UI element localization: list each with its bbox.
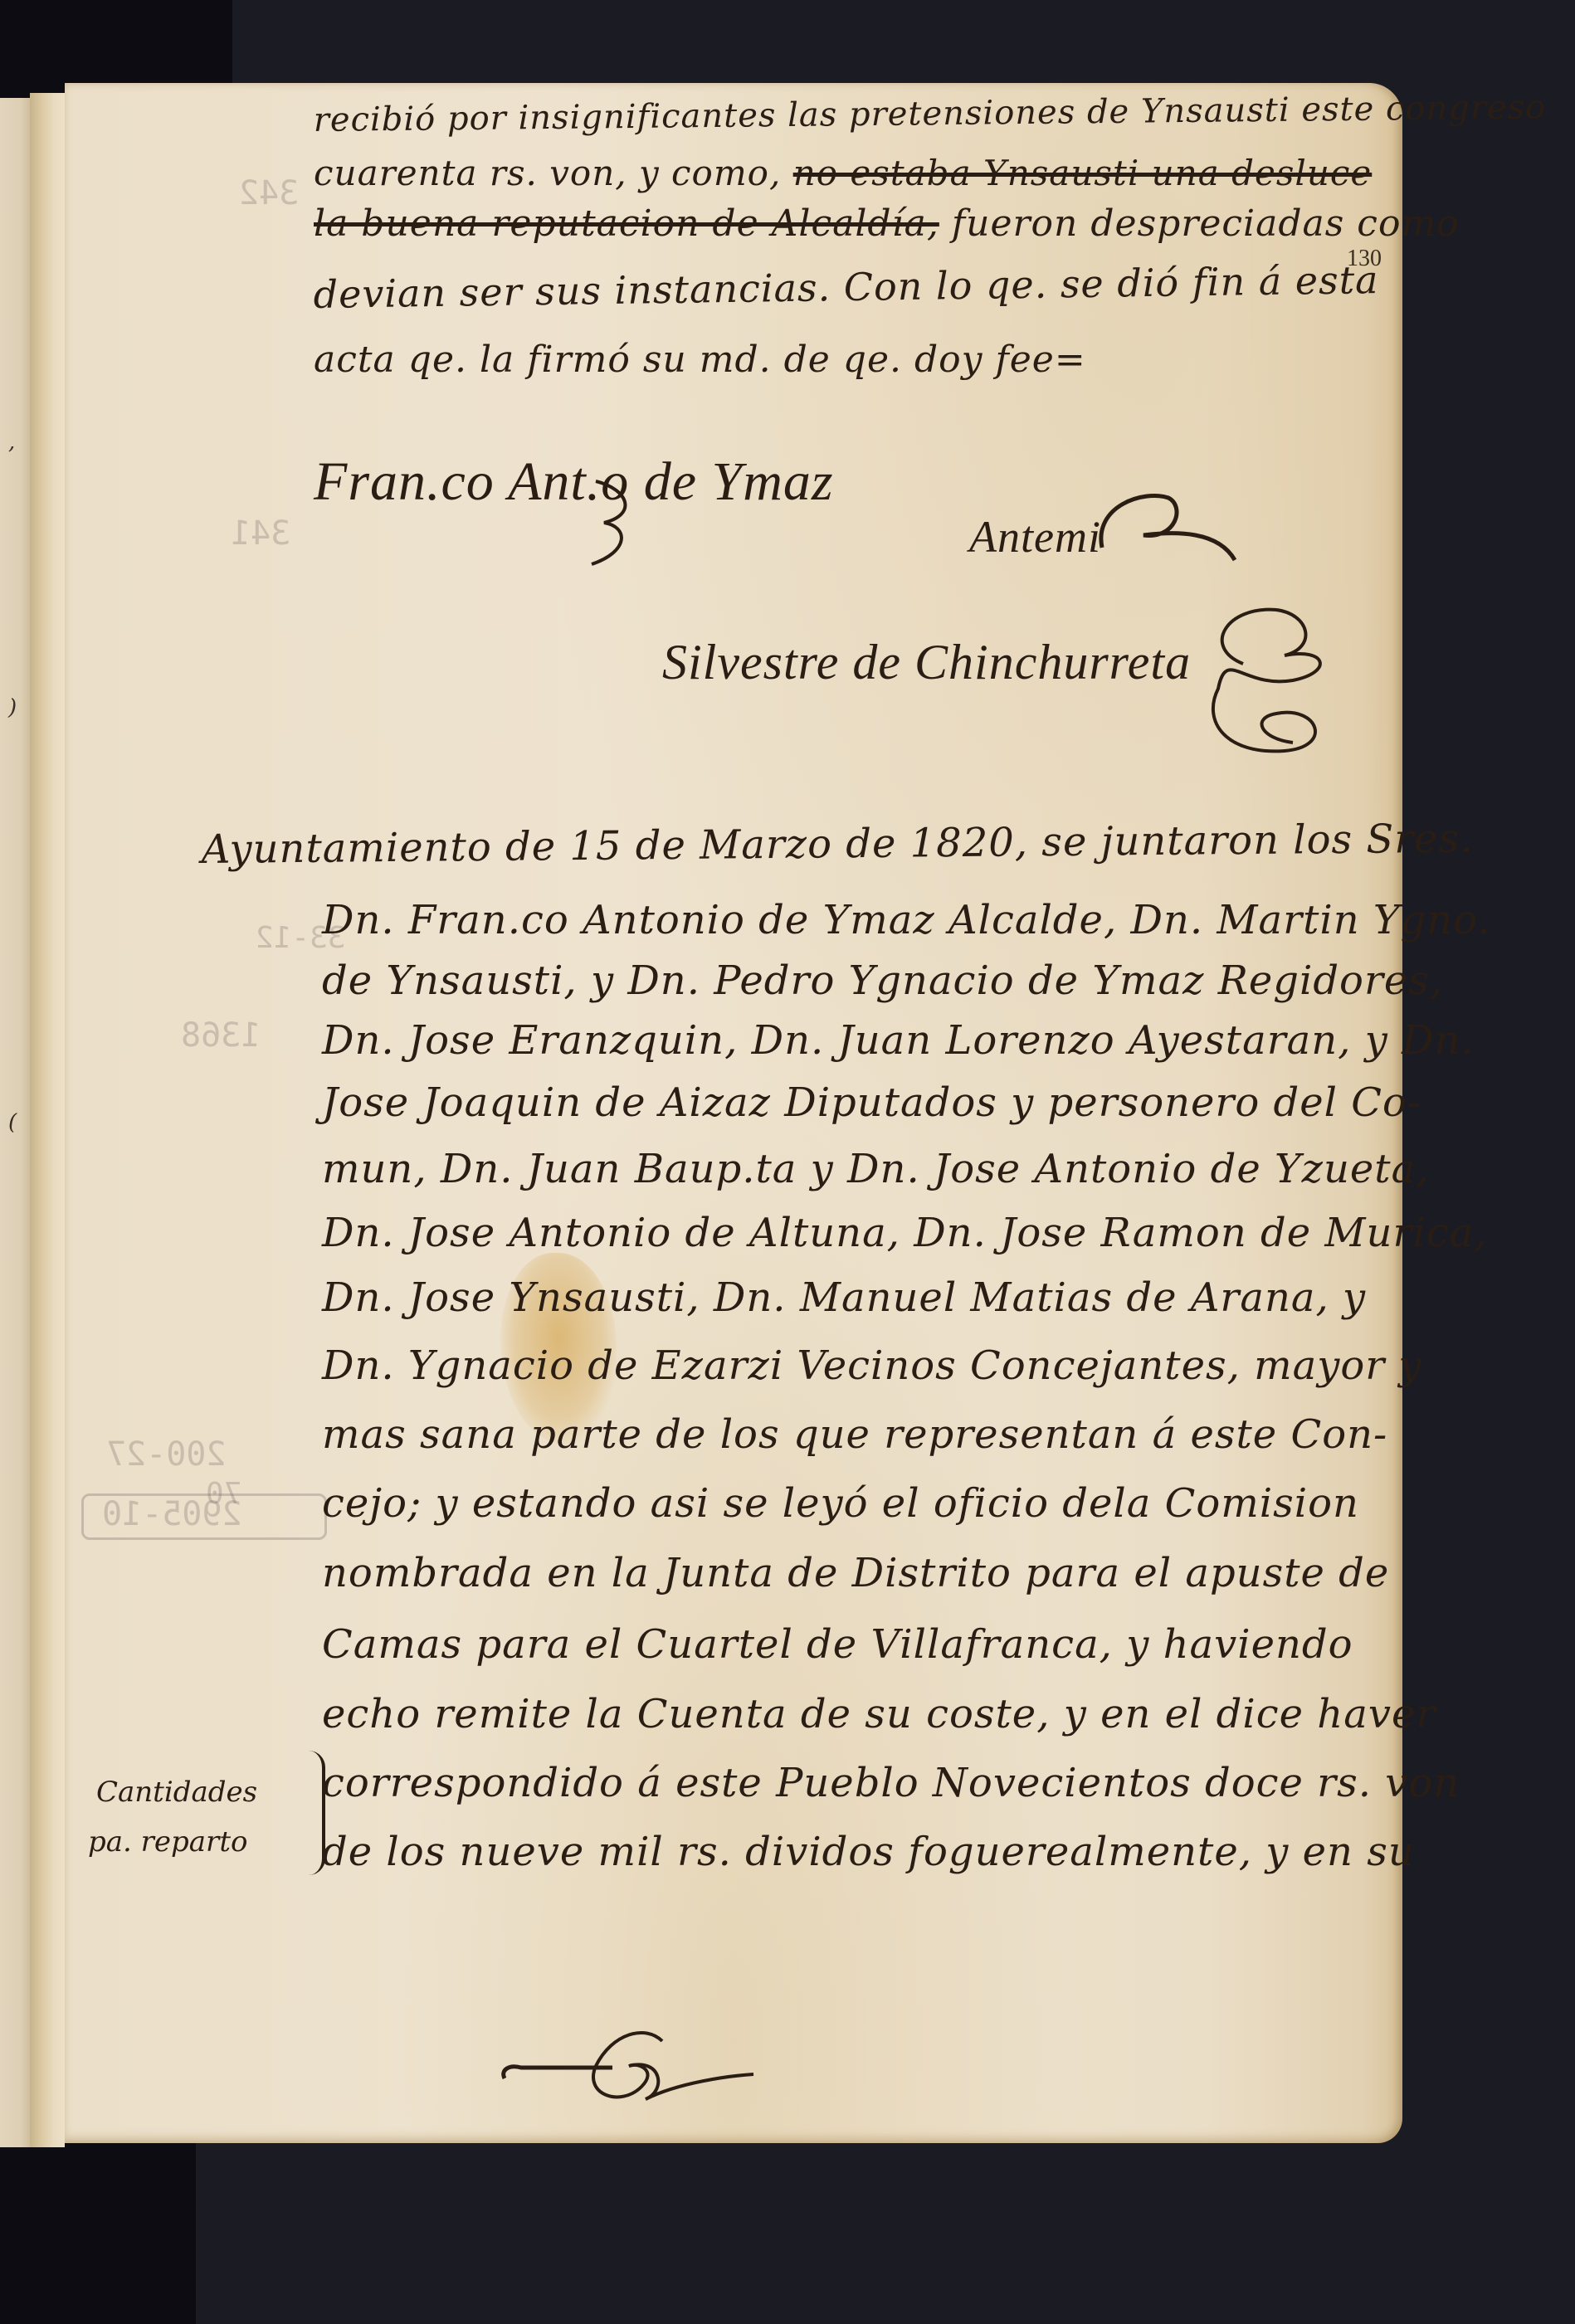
text-line: Dn. Jose Ynsausti, Dn. Manuel Matias de … xyxy=(322,1278,1366,1318)
bleed-through-mark: 2905-10 xyxy=(102,1495,242,1533)
facing-page-edge: , ) ( xyxy=(0,98,32,2147)
text-line: nombrada en la Junta de Distrito para el… xyxy=(322,1553,1389,1593)
bleed-through-mark: 342 xyxy=(239,174,299,212)
text-line: devian ser sus instancias. Con lo qe. se… xyxy=(313,261,1378,314)
margin-note-line: pa. reparto xyxy=(88,1825,247,1859)
signature-rubric-icon xyxy=(579,473,646,572)
text-line: correspondido á este Pueblo Novecientos … xyxy=(322,1763,1460,1803)
text-segment: fueron despreciadas como xyxy=(952,202,1460,245)
text-line: cuarenta rs. von, y como, no estaba Ynsa… xyxy=(314,156,1372,191)
text-line: Dn. Ygnacio de Ezarzi Vecinos Concejante… xyxy=(322,1346,1422,1386)
text-line: mas sana parte de los que representan á … xyxy=(322,1415,1387,1454)
closing-flourish-icon xyxy=(496,2024,778,2116)
signature-notary: Silvestre de Chinchurreta xyxy=(662,637,1191,687)
bleed-through-mark: 341 xyxy=(231,514,290,553)
notary-rubric-icon xyxy=(1193,597,1334,763)
signature-antemi: Antemi xyxy=(969,514,1101,559)
book-gutter xyxy=(30,93,65,2147)
bleed-through-mark: 200-27 xyxy=(106,1435,227,1474)
text-line: recibió por insignificantes las pretensi… xyxy=(314,90,1547,137)
margin-note-line: Cantidades xyxy=(96,1776,257,1809)
scanner-background-top xyxy=(0,0,232,83)
text-segment: cuarenta rs. von, y como, xyxy=(314,153,781,193)
text-line: echo remite la Cuenta de su coste, y en … xyxy=(322,1694,1436,1734)
struck-text: no estaba Ynsausti una desluce xyxy=(793,153,1373,193)
text-line: mun, Dn. Juan Baup.ta y Dn. Jose Antonio… xyxy=(322,1149,1429,1189)
text-line: acta qe. la firmó su md. de qe. doy fee= xyxy=(314,342,1086,378)
struck-text: la buena reputacion de Alcaldía, xyxy=(314,202,939,245)
text-line: de los nueve mil rs. dividos foguerealme… xyxy=(322,1832,1415,1872)
text-line: Dn. Jose Antonio de Altuna, Dn. Jose Ram… xyxy=(322,1213,1488,1253)
text-line: Jose Joaquin de Aizaz Diputados y person… xyxy=(322,1083,1421,1123)
text-line: Dn. Fran.co Antonio de Ymaz Alcalde, Dn.… xyxy=(322,900,1491,940)
margin-brace xyxy=(305,1751,325,1875)
manuscript-page: 342 341 1368 33-12 200-27 70 2905-10 130… xyxy=(65,83,1402,2143)
acta-heading: Ayuntamiento de 15 de Marzo de 1820, se … xyxy=(202,819,1474,870)
bleed-through-mark: 1368 xyxy=(181,1016,261,1055)
signature-alcalde: Fran.co Ant.o de Ymaz xyxy=(314,455,834,509)
text-line: Camas para el Cuartel de Villafranca, y … xyxy=(322,1625,1353,1664)
text-line: de Ynsausti, y Dn. Pedro Ygnacio de Ymaz… xyxy=(322,961,1443,1001)
text-line: la buena reputacion de Alcaldía, fueron … xyxy=(314,206,1460,242)
antemi-flourish-icon xyxy=(1094,473,1243,572)
text-line: cejo; y estando asi se leyó el oficio de… xyxy=(322,1484,1359,1523)
text-line: Dn. Jose Eranzquin, Dn. Juan Lorenzo Aye… xyxy=(322,1021,1475,1060)
